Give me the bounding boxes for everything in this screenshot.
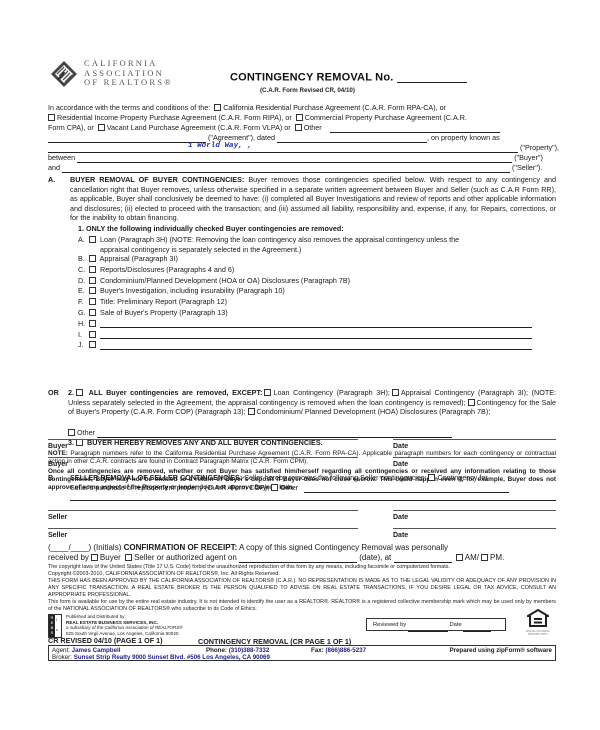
copyright-line: Copyright ©2003-2010, CALIFORNIA ASSOCIA… [48,571,556,578]
item-letter: E. [78,286,87,296]
phone-label: Phone: [206,647,227,654]
between-label: between [48,153,75,162]
confirmation-text: A copy of this signed Contingency Remova… [239,543,448,552]
badge-letter: c [56,627,58,632]
contingency-item-c: C. Reports/Disclosures (Paragraphs 4 and… [78,265,556,276]
item-text: Sale of Buyer's Property (Paragraph 13) [100,308,228,317]
label-ripa: Residential Income Property Purchase Agr… [57,113,292,122]
section-b-label: B. [48,473,55,483]
signature-line [48,457,358,458]
date-label: Date [393,531,408,541]
except-appraisal-label: Appraisal Contingency [401,388,475,397]
and-label: and [48,163,60,172]
seller-label: ("Seller"). [512,163,542,172]
confirmation-heading: CONFIRMATION OF RECEIPT: [124,543,238,552]
label-vlpa: Vacant Land Purchase Agreement (C.A.R. F… [107,123,291,132]
equal-housing-icon [527,609,549,627]
option-2-heading: ALL Buyer contingencies are removed, EXC… [89,388,263,397]
item-text: Title: Preliminary Report (Paragraph 12) [100,297,227,306]
buyer-name-field[interactable] [77,154,512,163]
checkbox-pm[interactable] [481,554,488,561]
review-date-field[interactable] [463,625,491,632]
seller-signature-1[interactable]: Seller Date [48,510,556,530]
or-label: OR [48,388,59,398]
logo-text: CALIFORNIA ASSOCIATION OF REALTORS® [84,59,173,88]
option-2-other: Other [68,428,452,438]
availability-notice: This form is available for use by the en… [48,599,556,613]
checkbox-other-agreement[interactable] [295,124,302,131]
form-subtitle: (C.A.R. Form Revised CR, 04/10) [260,86,355,96]
checkbox-loan[interactable] [89,236,96,243]
option-2-note-end: contingency is removed); [385,398,465,407]
broker-row: Broker: Sunset Strip Realty 9000 Sunset … [52,654,270,661]
eho-caption: EQUAL HOUSING OPPORTUNITY [524,630,552,637]
buyer-signature-1[interactable]: Buyer Date [48,439,556,459]
date-label: Date [393,513,408,523]
item-text: Condominium/Planned Development (HOA or … [100,276,350,285]
contingency-item-e: E. Buyer's Investigation, including insu… [78,286,556,297]
section-a-label: A. [48,175,55,185]
reviewed-by-box[interactable]: Reviewed by Date [366,618,506,631]
intro-line-5: 1 World Way, , ("Property"), [48,143,556,153]
item-text: Appraisal (Paragraph 3I) [100,254,178,263]
removal-number-field[interactable] [397,72,467,83]
item-text: Reports/Disclosures (Paragraphs 4 and 6) [100,265,234,274]
item-i-field[interactable] [100,330,532,339]
date-label: Date [393,442,408,452]
intro-line-4: ("Agreement"), dated , on property known… [48,133,556,143]
option-2: 2. ALL Buyer contingencies are removed, … [68,388,556,417]
equal-housing-logo: EQUAL HOUSING OPPORTUNITY [524,609,552,639]
buyer-sign-label: Buyer [48,460,68,470]
contingency-item-d: D. Condominium/Planned Development (HOA … [78,276,556,287]
seller-sign-label: Seller [48,513,67,523]
checkbox-reports[interactable] [89,266,96,273]
fax-label: Fax: [311,647,324,654]
intro-line-1: In accordance with the terms and conditi… [48,103,556,113]
checkbox-am[interactable] [456,554,463,561]
section-b-heading: SELLER REMOVAL OF SELLER CONTINGENCIES: [70,473,242,482]
item-letter: I. [78,330,87,340]
item-letter: D. [78,276,87,286]
pm-label: PM. [490,553,504,562]
legal-copyright: The copyright laws of the United States … [48,564,556,613]
section-a-text: BUYER REMOVAL OF BUYER CONTINGENCIES: Bu… [70,175,556,223]
am-label: AM/ [465,553,479,562]
label-cpa-cont: Form CPA), or [48,123,94,132]
item-text: Loan (Paragraph 3H) (NOTE: Removing the … [100,235,459,244]
checkbox-except-appraisal[interactable] [392,389,399,396]
item-letter: A. [78,235,87,245]
item-j-field[interactable] [100,341,532,350]
checkbox-sale-of-property[interactable] [89,309,96,316]
seller-other-field-2[interactable] [70,500,556,501]
date-line [393,439,556,440]
phone-number: (310)388-7332 [229,647,270,654]
checkbox-all-except[interactable] [76,389,83,396]
item-letter: F. [78,297,87,307]
received-time-field[interactable] [394,554,452,563]
option-1-heading: 1. ONLY the following individually check… [78,224,344,234]
contingency-item-f: F. Title: Preliminary Report (Paragraph … [78,297,556,308]
item-letter: G. [78,308,87,318]
received-buyer-label: Buyer [100,553,121,562]
agent-name: James Campbell [72,647,121,654]
contingency-item-j: J. [78,340,556,351]
except-condo-label: Condominium/ [257,407,303,416]
property-known-as-label: , on property known as [427,133,500,142]
signature-line [48,510,358,511]
item-h-field[interactable] [100,319,532,328]
except-loan-label: Loan Contingency (Paragraph 3H); [273,388,389,397]
broker-info: Sunset Strip Realty 9000 Sunset Blvd. #5… [74,654,270,661]
seller-other-field[interactable] [304,484,509,493]
intro-prefix: In accordance with the terms and conditi… [48,103,210,112]
contingency-item-h: H. [78,319,556,330]
other-agreement-field[interactable] [330,124,500,133]
intro-line-7: and ("Seller"). [48,163,556,173]
initials-field[interactable]: (____/____) (Initials) [48,543,121,552]
intro-line-6: between ("Buyer") [48,153,556,163]
date-line [393,510,556,511]
contingency-item-i: I. [78,330,556,341]
contingency-item-g: G. Sale of Buyer's Property (Paragraph 1… [78,308,556,319]
page-title: CONTINGENCY REMOVAL No. [230,72,467,83]
checkbox-except-sale[interactable] [468,399,475,406]
checkbox-received-seller[interactable] [125,554,132,561]
checkbox-ripa[interactable] [48,114,55,121]
seller-name-field[interactable] [62,164,510,173]
car-logo-mark-icon [50,60,78,88]
section-b-line-2: Seller's purchase of replacement propert… [70,483,556,493]
review-date-label: Date [449,622,461,628]
publisher-info: Published and Distributed by: REAL ESTAT… [66,614,183,636]
badge-letter: I [56,617,58,622]
reviewed-by-label: Reviewed by [373,622,406,628]
confirmation-line-2: received byBuyer Seller or authorized ag… [48,553,556,563]
checkbox-condo[interactable] [89,277,96,284]
label-other-agreement: Other [304,123,322,132]
car-logo: CALIFORNIA ASSOCIATION OF REALTORS® [48,58,178,92]
seller-sign-label: Seller [48,531,67,541]
signature-line [48,439,358,440]
contingency-item-b: B. Appraisal (Paragraph 3I) [78,254,556,265]
seller-cop-label: Contingency for [437,473,487,482]
fax-number: (866)886-5237 [325,647,366,654]
badge-left: REBS [49,615,55,637]
intro-line-3: Form CPA), or Vacant Land Purchase Agree… [48,123,556,133]
except-other-label: Other [77,428,95,437]
label-cpa: Commercial Property Purchase Agreement (… [305,113,467,122]
label-rpa: California Residential Purchase Agreemen… [223,103,446,112]
checkbox-cpa[interactable] [296,114,303,121]
received-date-label: (date), at [359,553,391,562]
badge-right: Ic [56,617,58,632]
except-condo-label-cont: Planned Development (HOA) Disclosures (P… [305,407,490,416]
broker-label: Broker: [52,654,72,661]
section-b-text: Seller hereby removes the following Sell… [244,473,426,482]
checkbox-i[interactable] [89,331,96,338]
checkbox-h[interactable] [89,320,96,327]
agent-info-box: Agent: James Campbell Phone: (310)388-73… [48,645,556,661]
date-line [393,528,556,529]
contingency-item-a: A. Loan (Paragraph 3H) (NOTE: Removing t… [78,235,556,254]
agent-label: Agent: [52,647,70,654]
section-a-heading: BUYER REMOVAL OF BUYER CONTINGENCIES: [70,175,244,184]
rebs-badge-icon: REBS Ic [48,614,62,638]
reviewed-by-field[interactable] [408,625,448,632]
option-2-num: 2. [68,388,74,397]
seller-cop-label-cont: Seller's purchase of replacement propert… [70,483,269,492]
title-text: CONTINGENCY REMOVAL No. [230,71,394,83]
checkbox-investigation[interactable] [89,287,96,294]
checkbox-seller-cop[interactable] [428,474,435,481]
checkbox-received-buyer[interactable] [91,554,98,561]
received-by-label: received by [48,553,89,562]
prepared-using: Prepared using zipForm® software [449,647,552,654]
checkbox-rpa[interactable] [214,104,221,111]
item-text: Buyer's Investigation, including insurab… [100,286,285,295]
logo-line-3: OF REALTORS® [84,78,173,88]
fax-row: Fax: (866)886-5237 [311,647,366,654]
copyright-notice: The copyright laws of the United States … [48,564,556,571]
item-letter: C. [78,265,87,275]
contingency-list: A. Loan (Paragraph 3H) (NOTE: Removing t… [78,235,556,351]
item-letter: J. [78,340,87,350]
checkbox-appraisal[interactable] [89,255,96,262]
checkbox-j[interactable] [89,341,96,348]
buyer-label: ("Buyer") [514,153,543,162]
checkbox-except-loan[interactable] [264,389,271,396]
approval-notice: THIS FORM HAS BEEN APPROVED BY THE CALIF… [48,578,556,599]
seller-other-label: Other [280,483,298,492]
checkbox-except-condo[interactable] [248,408,255,415]
item-text-cont: appraisal contingency is separately sele… [78,245,556,255]
checkbox-vlpa[interactable] [98,124,105,131]
intro-line-2: Residential Income Property Purchase Agr… [48,113,556,123]
property-address-field[interactable]: 1 World Way, , [48,144,518,153]
property-address-value: 1 World Way, , [188,142,252,152]
confirmation-of-receipt: (____/____) (Initials) CONFIRMATION OF R… [48,543,556,553]
agent-row: Agent: James Campbell [52,647,120,654]
received-date-field[interactable] [239,554,357,563]
agreement-field[interactable] [48,134,206,143]
agreement-date-field[interactable] [277,134,427,143]
date-line [393,457,556,458]
buyer-sign-label: Buyer [48,442,68,452]
date-label: Date [393,460,408,470]
checkbox-title[interactable] [89,298,96,305]
property-label: ("Property"), [520,143,559,152]
item-letter: B. [78,254,87,264]
checkbox-seller-other[interactable] [271,484,278,491]
publisher-line-3: a subsidiary of the California Associati… [66,625,183,631]
section-b-line-1: SELLER REMOVAL OF SELLER CONTINGENCIES: … [70,473,556,483]
signature-line [48,528,358,529]
checkbox-except-other[interactable] [68,429,75,436]
except-other-field[interactable] [97,429,452,438]
received-seller-label: Seller or authorized agent on [134,553,237,562]
phone-row: Phone: (310)388-7332 [206,647,269,654]
badge-letter: S [49,630,55,635]
item-letter: H. [78,319,87,329]
